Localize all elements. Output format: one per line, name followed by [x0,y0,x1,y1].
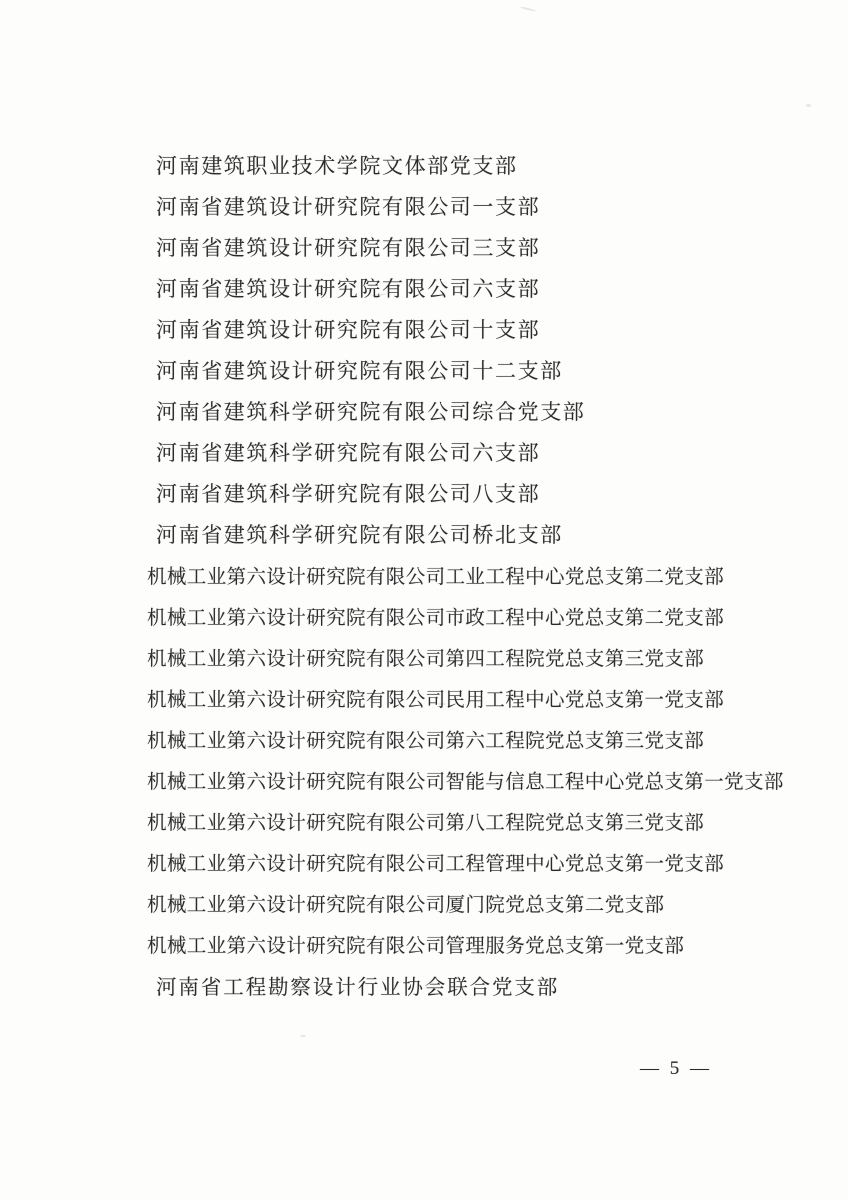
list-item: 河南省建筑设计研究院有限公司十支部 [0,308,848,349]
list-item: 河南省建筑设计研究院有限公司三支部 [0,226,848,267]
scan-speck [520,6,536,12]
list-item: 机械工业第六设计研究院有限公司管理服务党总支第一党支部 [0,923,848,964]
scan-speck [806,104,811,107]
list-item: 河南建筑职业技术学院文体部党支部 [0,144,848,185]
list-item: 机械工业第六设计研究院有限公司第六工程院党总支第三党支部 [0,718,848,759]
list-item: 河南省建筑科学研究院有限公司八支部 [0,472,848,513]
branch-list: 河南建筑职业技术学院文体部党支部河南省建筑设计研究院有限公司一支部河南省建筑设计… [0,144,848,1005]
list-item: 机械工业第六设计研究院有限公司工程管理中心党总支第一党支部 [0,841,848,882]
list-item: 机械工业第六设计研究院有限公司民用工程中心党总支第一党支部 [0,677,848,718]
scan-speck [300,1035,306,1037]
list-item: 机械工业第六设计研究院有限公司第八工程院党总支第三党支部 [0,800,848,841]
list-item: 机械工业第六设计研究院有限公司智能与信息工程中心党总支第一党支部 [0,759,848,800]
list-item: 河南省建筑设计研究院有限公司六支部 [0,267,848,308]
list-item: 河南省建筑科学研究院有限公司综合党支部 [0,390,848,431]
list-item: 河南省建筑科学研究院有限公司桥北支部 [0,513,848,554]
page-number: — 5 — [640,1058,712,1080]
list-item: 河南省建筑设计研究院有限公司十二支部 [0,349,848,390]
list-item: 河南省工程勘察设计行业协会联合党支部 [0,964,848,1005]
list-item: 河南省建筑设计研究院有限公司一支部 [0,185,848,226]
list-item: 机械工业第六设计研究院有限公司工业工程中心党总支第二党支部 [0,554,848,595]
document-page: 河南建筑职业技术学院文体部党支部河南省建筑设计研究院有限公司一支部河南省建筑设计… [0,0,848,1200]
list-item: 机械工业第六设计研究院有限公司厦门院党总支第二党支部 [0,882,848,923]
list-item: 河南省建筑科学研究院有限公司六支部 [0,431,848,472]
list-item: 机械工业第六设计研究院有限公司市政工程中心党总支第二党支部 [0,595,848,636]
list-item: 机械工业第六设计研究院有限公司第四工程院党总支第三党支部 [0,636,848,677]
